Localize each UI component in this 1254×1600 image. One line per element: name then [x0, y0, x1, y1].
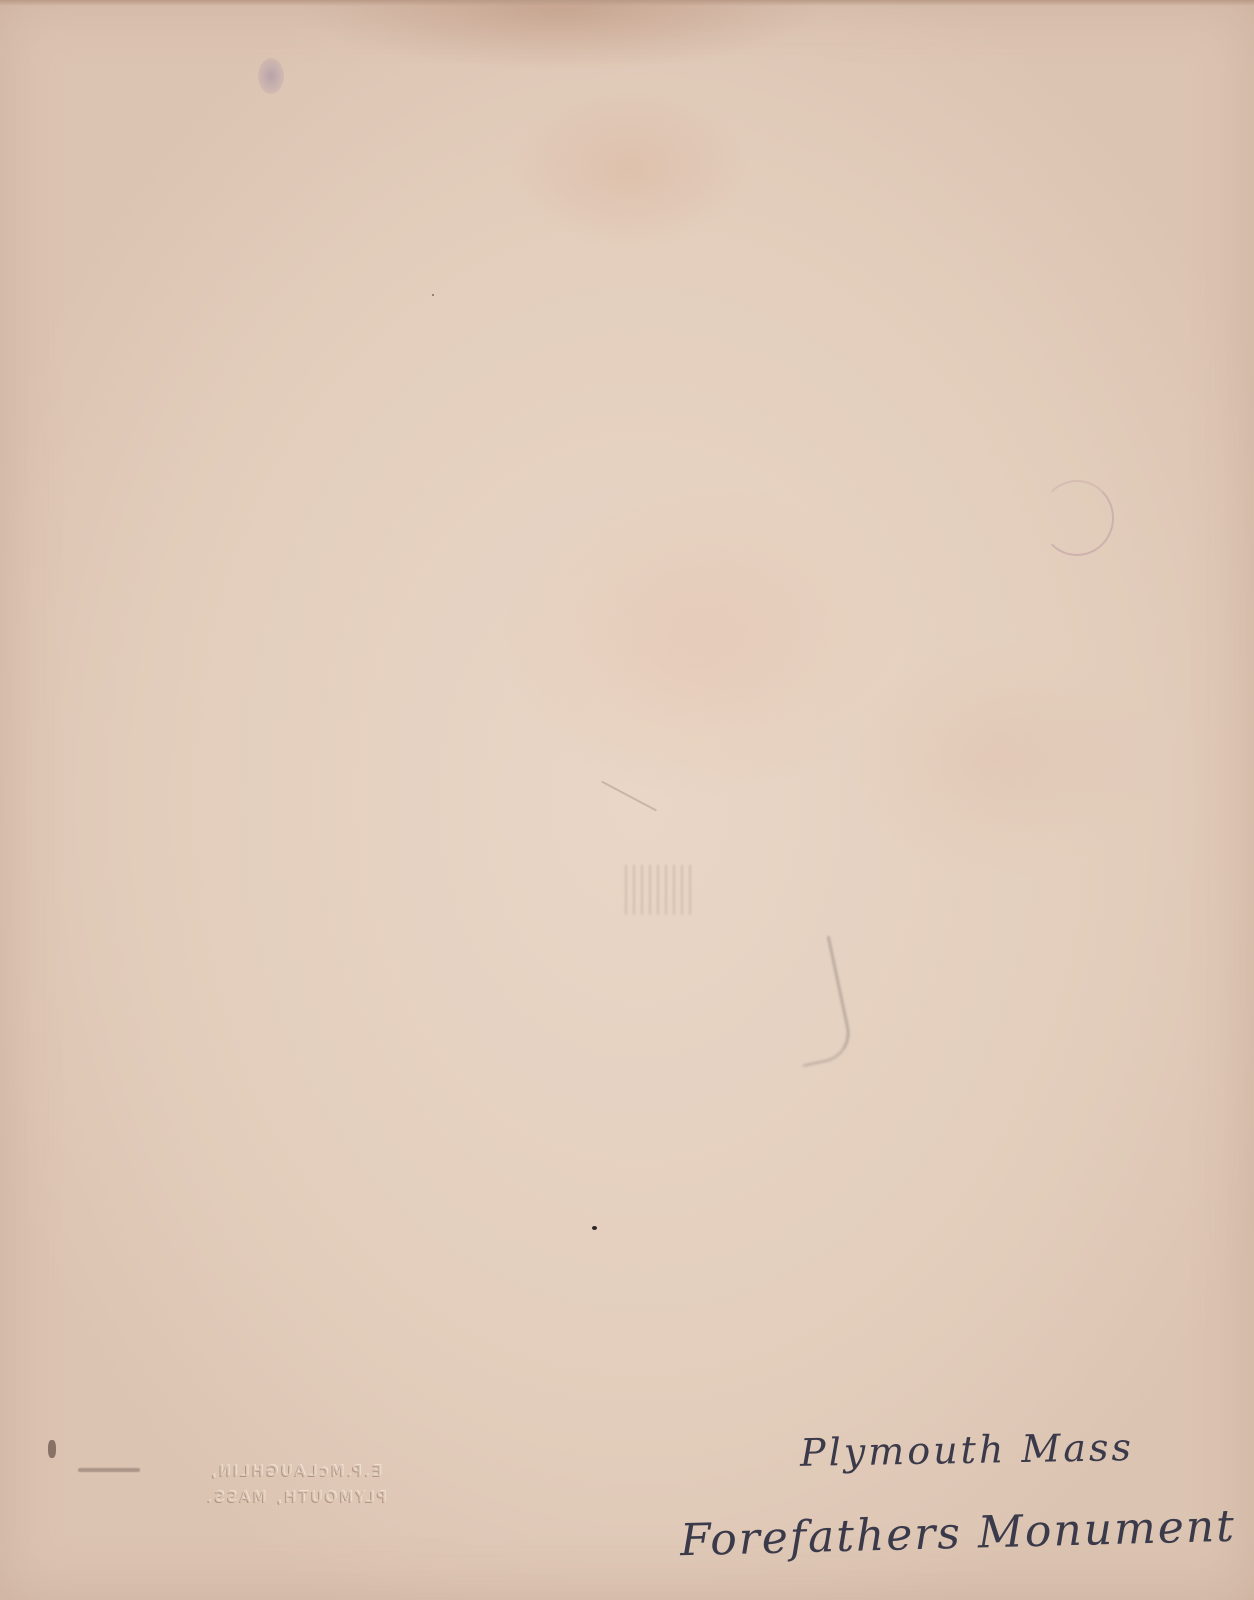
smudge-streak — [78, 1468, 140, 1472]
pencil-smudge — [625, 865, 695, 915]
handwritten-subject: Forefathers Monument — [679, 1501, 1236, 1567]
ring-stain — [1040, 480, 1114, 556]
speck — [592, 1226, 597, 1230]
faint-mark — [601, 781, 657, 812]
photographer-blind-stamp: E.P.McLAUGHLIN, PLYMOUTH, MASS. — [170, 1458, 420, 1510]
card-top-edge — [0, 0, 1254, 6]
handwritten-location: Plymouth Mass — [800, 1425, 1135, 1475]
photo-card-back: E.P.McLAUGHLIN, PLYMOUTH, MASS. Plymouth… — [0, 0, 1254, 1600]
stamp-line-location: PLYMOUTH, MASS. — [170, 1484, 420, 1510]
speck — [432, 294, 434, 296]
ink-stain — [258, 58, 284, 94]
pencil-stroke — [778, 936, 855, 1067]
smudge-mark — [48, 1440, 56, 1458]
stamp-line-name: E.P.McLAUGHLIN, — [170, 1458, 420, 1484]
